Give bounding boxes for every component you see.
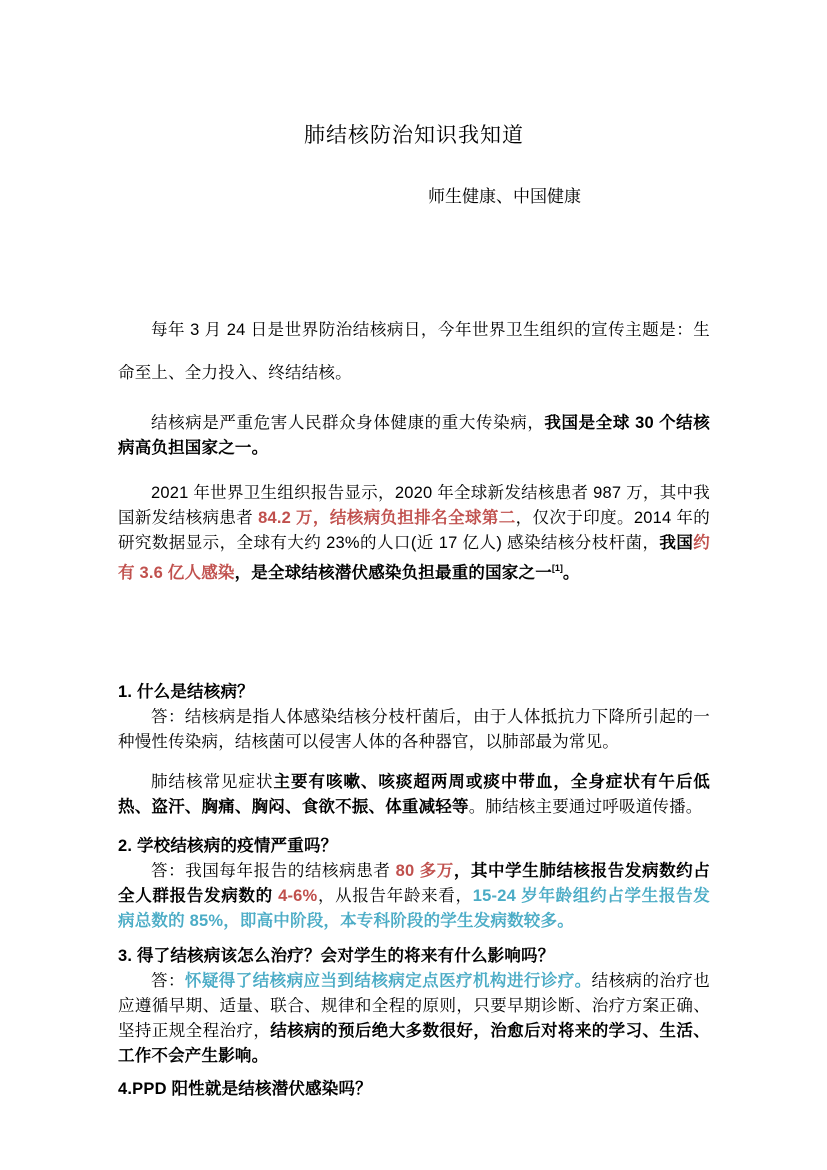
- text-run: 4-6%: [278, 887, 317, 905]
- para-intro: 每年 3 月 24 日是世界防治结核病日，今年世界卫生组织的宣传主题是：生命至上…: [118, 309, 710, 395]
- text-run: ，是全球结核潜伏感染负担最重的国家之一: [235, 564, 552, 582]
- document-content: 肺结核防治知识我知道 师生健康、中国健康 每年 3 月 24 日是世界防治结核病…: [118, 0, 710, 1102]
- text-run: ，从报告年龄来看，: [317, 887, 472, 905]
- text-run: 。肺结核主要通过呼吸道传播。: [469, 798, 703, 816]
- para-statistics: 2021 年世界卫生组织报告显示，2020 年全球新发结核患者 987 万，其中…: [118, 481, 710, 586]
- text-run: 结核病是严重危害人民群众身体健康的重大传染病，: [151, 414, 544, 432]
- q2-answer: 答：我国每年报告的结核病患者 80 多万，其中学生肺结核报告发病数约占全人群报告…: [118, 859, 710, 934]
- text-run: [1]: [552, 563, 563, 573]
- doc-title: 肺结核防治知识我知道: [118, 119, 710, 151]
- para-symptoms: 肺结核常见症状主要有咳嗽、咳痰超两周或痰中带血，全身症状有午后低热、盗汗、胸痛、…: [118, 770, 710, 820]
- q1-answer: 答：结核病是指人体感染结核分枝杆菌后，由于人体抵抗力下降所引起的一种慢性传染病，…: [118, 705, 710, 755]
- q4-heading: 4.PPD 阳性就是结核潜伏感染吗？: [118, 1077, 710, 1102]
- para-burden: 结核病是严重危害人民群众身体健康的重大传染病，我国是全球 30 个结核病高负担国…: [118, 411, 710, 461]
- text-run: 答：结核病是指人体感染结核分枝杆菌后，由于人体抵抗力下降所引起的一种慢性传染病，…: [118, 708, 710, 751]
- text-run: 答：我国每年报告的结核病患者: [151, 862, 396, 880]
- text-run: 答：: [151, 972, 185, 990]
- text-run: 80 多万: [396, 862, 454, 880]
- q3-answer: 答：怀疑得了结核病应当到结核病定点医疗机构进行诊疗。结核病的治疗也应遵循早期、适…: [118, 969, 710, 1069]
- text-run: 肺结核常见症状: [151, 773, 273, 791]
- doc-subtitle: 师生健康、中国健康: [118, 185, 710, 209]
- text-run: 每年 3 月 24 日是世界防治结核病日，今年世界卫生组织的宣传主题是：生命至上…: [118, 321, 710, 382]
- text-run: 我国: [659, 534, 693, 552]
- text-run: 怀疑得了结核病应当到结核病定点医疗机构进行诊疗。: [185, 972, 592, 990]
- document-page: 肺结核防治知识我知道 师生健康、中国健康 每年 3 月 24 日是世界防治结核病…: [0, 0, 827, 1170]
- text-run: 84.2 万，结核病负担排名全球第二: [258, 509, 516, 527]
- text-run: ，: [454, 862, 471, 880]
- q1-heading: 1. 什么是结核病？: [118, 680, 710, 705]
- q2-heading: 2. 学校结核病的疫情严重吗？: [118, 834, 710, 859]
- q3-heading: 3. 得了结核病该怎么治疗？会对学生的将来有什么影响吗？: [118, 944, 710, 969]
- text-run: 。: [563, 564, 580, 582]
